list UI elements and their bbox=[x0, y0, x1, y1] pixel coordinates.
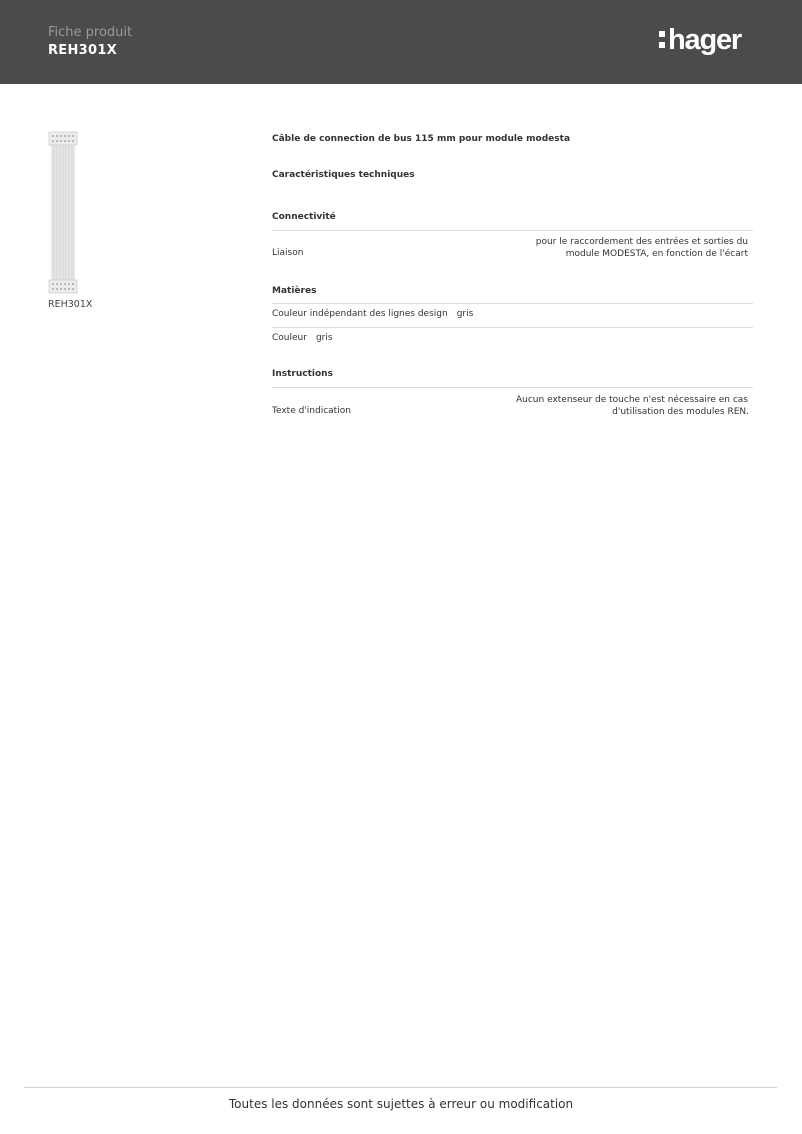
divider bbox=[272, 387, 753, 388]
logo-colon-icon bbox=[659, 29, 666, 49]
product-code: REH301X bbox=[48, 43, 117, 58]
section-heading-connectivite: Connectivité bbox=[272, 212, 336, 222]
product-reference: REH301X bbox=[48, 299, 92, 310]
specs-heading: Caractéristiques techniques bbox=[272, 170, 415, 180]
footer-disclaimer: Toutes les données sont sujettes à erreu… bbox=[0, 1097, 802, 1111]
spec-value-texte-indication: Aucun extenseur de touche n'est nécessai… bbox=[516, 394, 749, 418]
spec-row-couleur-independant: Couleur indépendant des lignes designgri… bbox=[272, 309, 473, 319]
spec-label-liaison: Liaison bbox=[272, 248, 303, 258]
divider bbox=[272, 303, 753, 304]
spec-row-couleur: Couleurgris bbox=[272, 333, 333, 343]
footer-divider bbox=[24, 1087, 777, 1088]
page-header: Fiche produit REH301X hager bbox=[0, 0, 802, 84]
product-title: Câble de connection de bus 115 mm pour m… bbox=[272, 134, 570, 144]
document-type: Fiche produit bbox=[48, 25, 132, 40]
bus-cable-image bbox=[48, 131, 78, 294]
hager-logo: hager bbox=[659, 24, 741, 57]
section-heading-matieres: Matières bbox=[272, 286, 316, 296]
divider bbox=[272, 327, 753, 328]
divider bbox=[272, 230, 753, 231]
section-heading-instructions: Instructions bbox=[272, 369, 333, 379]
spec-value-liaison: pour le raccordement des entrées et sort… bbox=[536, 236, 748, 260]
spec-label-texte-indication: Texte d'indication bbox=[272, 406, 351, 416]
